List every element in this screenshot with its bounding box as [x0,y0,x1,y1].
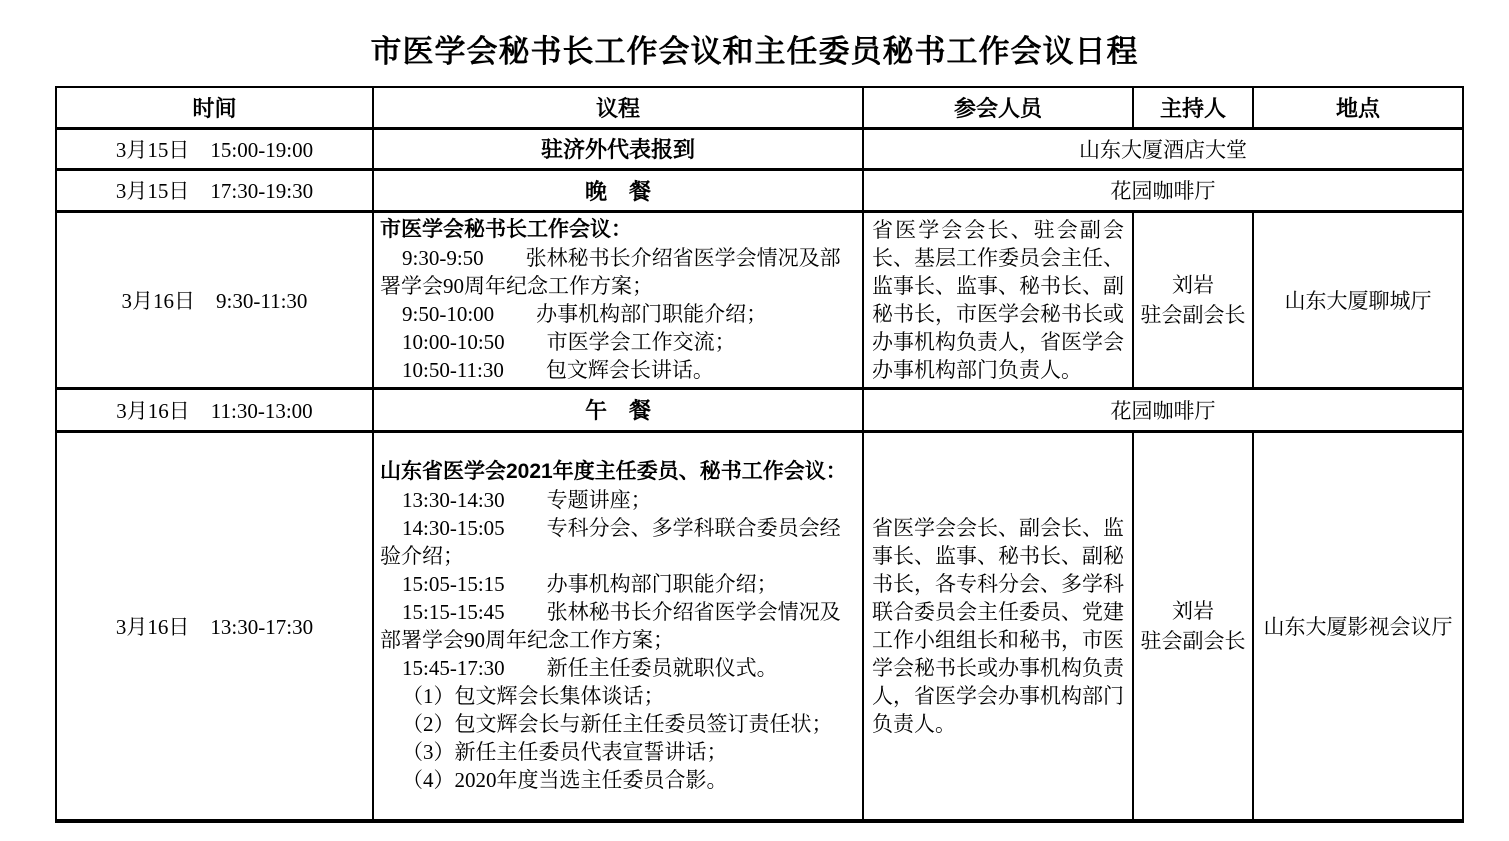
agenda-item: 9:30-9:50 张林秘书长介绍省医学会情况及部署学会90周年纪念工作方案； [380,244,856,300]
venue-cell: 花园咖啡厅 [863,388,1463,431]
agenda-cell: 驻济外代表报到 [373,128,863,169]
page-title: 市医学会秘书长工作会议和主任委员秘书工作会议日程 [0,26,1509,71]
table-row-registration: 3月15日 15:00-19:00 驻济外代表报到 山东大厦酒店大堂 [56,128,1463,169]
venue-cell: 山东大厦酒店大堂 [863,128,1463,169]
col-header-agenda: 议程 [373,87,863,128]
agenda-cell: 午 餐 [373,388,863,431]
participants-cell: 省医学会会长、驻会副会长、基层工作委员会主任、监事长、监事、秘书长、副秘书长，市… [863,211,1133,388]
document-page: 市医学会秘书长工作会议和主任委员秘书工作会议日程 时间 议程 参会人员 主持人 … [0,26,1509,823]
agenda-item: 15:05-15:15 办事机构部门职能介绍； [380,570,856,598]
location-cell: 山东大厦聊城厅 [1253,211,1463,388]
agenda-item: 13:30-14:30 专题讲座； [380,486,856,514]
host-title: 驻会副会长 [1134,300,1252,330]
location-cell: 山东大厦影视会议厅 [1253,431,1463,821]
host-name: 刘岩 [1134,270,1252,300]
host-name: 刘岩 [1134,596,1252,626]
agenda-item: 14:30-15:05 专科分会、多学科联合委员会经验介绍； [380,514,856,570]
agenda-item: 9:50-10:00 办事机构部门职能介绍； [380,300,856,328]
agenda-cell: 山东省医学会2021年度主任委员、秘书工作会议： 13:30-14:30 专题讲… [373,431,863,821]
table-row-afternoon-meeting: 3月16日 13:30-17:30 山东省医学会2021年度主任委员、秘书工作会… [56,431,1463,821]
agenda-item: 15:15-15:45 张林秘书长介绍省医学会情况及部署学会90周年纪念工作方案… [380,598,856,654]
agenda-item: 15:45-17:30 新任主任委员就职仪式。 [380,654,856,682]
agenda-item: （3）新任主任委员代表宣誓讲话； [380,738,856,766]
table-row-lunch: 3月16日 11:30-13:00 午 餐 花园咖啡厅 [56,388,1463,431]
col-header-host: 主持人 [1133,87,1253,128]
time-cell: 3月15日 17:30-19:30 [56,169,373,211]
participants-cell: 省医学会会长、副会长、监事长、监事、秘书长、副秘书长，各专科分会、多学科联合委员… [863,431,1133,821]
table-row-morning-meeting: 3月16日 9:30-11:30 市医学会秘书长工作会议： 9:30-9:50 … [56,211,1463,388]
col-header-time: 时间 [56,87,373,128]
agenda-item: （1）包文辉会长集体谈话； [380,682,856,710]
header-row: 时间 议程 参会人员 主持人 地点 [56,87,1463,128]
col-header-participants: 参会人员 [863,87,1133,128]
agenda-cell: 市医学会秘书长工作会议： 9:30-9:50 张林秘书长介绍省医学会情况及部署学… [373,211,863,388]
time-cell: 3月16日 11:30-13:00 [56,388,373,431]
agenda-cell: 晚 餐 [373,169,863,211]
time-cell: 3月15日 15:00-19:00 [56,128,373,169]
time-cell: 3月16日 13:30-17:30 [56,431,373,821]
schedule-table: 时间 议程 参会人员 主持人 地点 3月15日 15:00-19:00 驻济外代… [55,86,1464,823]
table-row-dinner: 3月15日 17:30-19:30 晚 餐 花园咖啡厅 [56,169,1463,211]
agenda-item: （4）2020年度当选主任委员合影。 [380,766,856,794]
host-cell: 刘岩 驻会副会长 [1133,431,1253,821]
agenda-heading: 市医学会秘书长工作会议： [380,216,856,244]
agenda-item: （2）包文辉会长与新任主任委员签订责任状； [380,710,856,738]
venue-cell: 花园咖啡厅 [863,169,1463,211]
host-cell: 刘岩 驻会副会长 [1133,211,1253,388]
agenda-heading: 山东省医学会2021年度主任委员、秘书工作会议： [380,458,856,486]
host-title: 驻会副会长 [1134,626,1252,656]
col-header-location: 地点 [1253,87,1463,128]
agenda-item: 10:00-10:50 市医学会工作交流； [380,328,856,356]
agenda-item: 10:50-11:30 包文辉会长讲话。 [380,356,856,384]
time-cell: 3月16日 9:30-11:30 [56,211,373,388]
